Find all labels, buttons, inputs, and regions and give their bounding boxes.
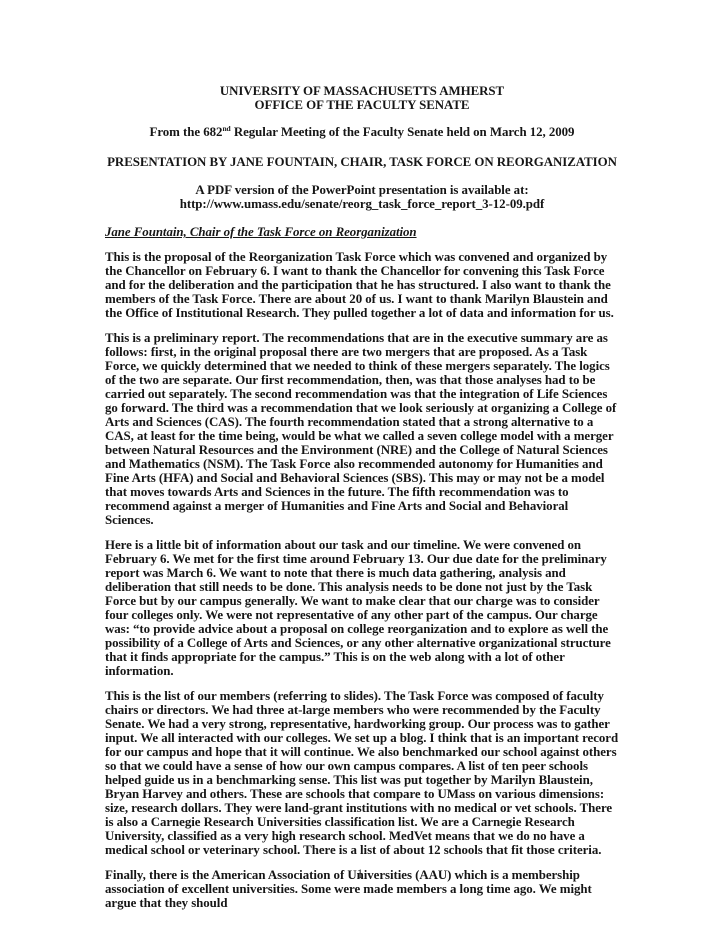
page-number: 1	[0, 866, 720, 882]
page-content: UNIVERSITY OF MASSACHUSETTS AMHERST OFFI…	[105, 84, 619, 921]
header-line-university: UNIVERSITY OF MASSACHUSETTS AMHERST	[105, 84, 619, 98]
document-page: UNIVERSITY OF MASSACHUSETTS AMHERST OFFI…	[0, 0, 720, 932]
header-line-office: OFFICE OF THE FACULTY SENATE	[105, 98, 619, 112]
presentation-title: PRESENTATION BY JANE FOUNTAIN, CHAIR, TA…	[105, 155, 619, 169]
meeting-line: From the 682nd Regular Meeting of the Fa…	[105, 125, 619, 139]
paragraph-3: Here is a little bit of information abou…	[105, 538, 619, 678]
meeting-line-suffix: Regular Meeting of the Faculty Senate he…	[231, 125, 575, 139]
pdf-url: http://www.umass.edu/senate/reorg_task_f…	[105, 197, 619, 211]
pdf-availability-note: A PDF version of the PowerPoint presenta…	[105, 183, 619, 211]
speaker-heading: Jane Fountain, Chair of the Task Force o…	[105, 225, 619, 239]
paragraph-2: This is a preliminary report. The recomm…	[105, 331, 619, 527]
meeting-ordinal-superscript: nd	[222, 124, 230, 133]
document-header: UNIVERSITY OF MASSACHUSETTS AMHERST OFFI…	[105, 84, 619, 112]
meeting-line-prefix: From the 682	[150, 125, 223, 139]
paragraph-4: This is the list of our members (referri…	[105, 689, 619, 857]
pdf-note-line: A PDF version of the PowerPoint presenta…	[105, 183, 619, 197]
paragraph-1: This is the proposal of the Reorganizati…	[105, 250, 619, 320]
